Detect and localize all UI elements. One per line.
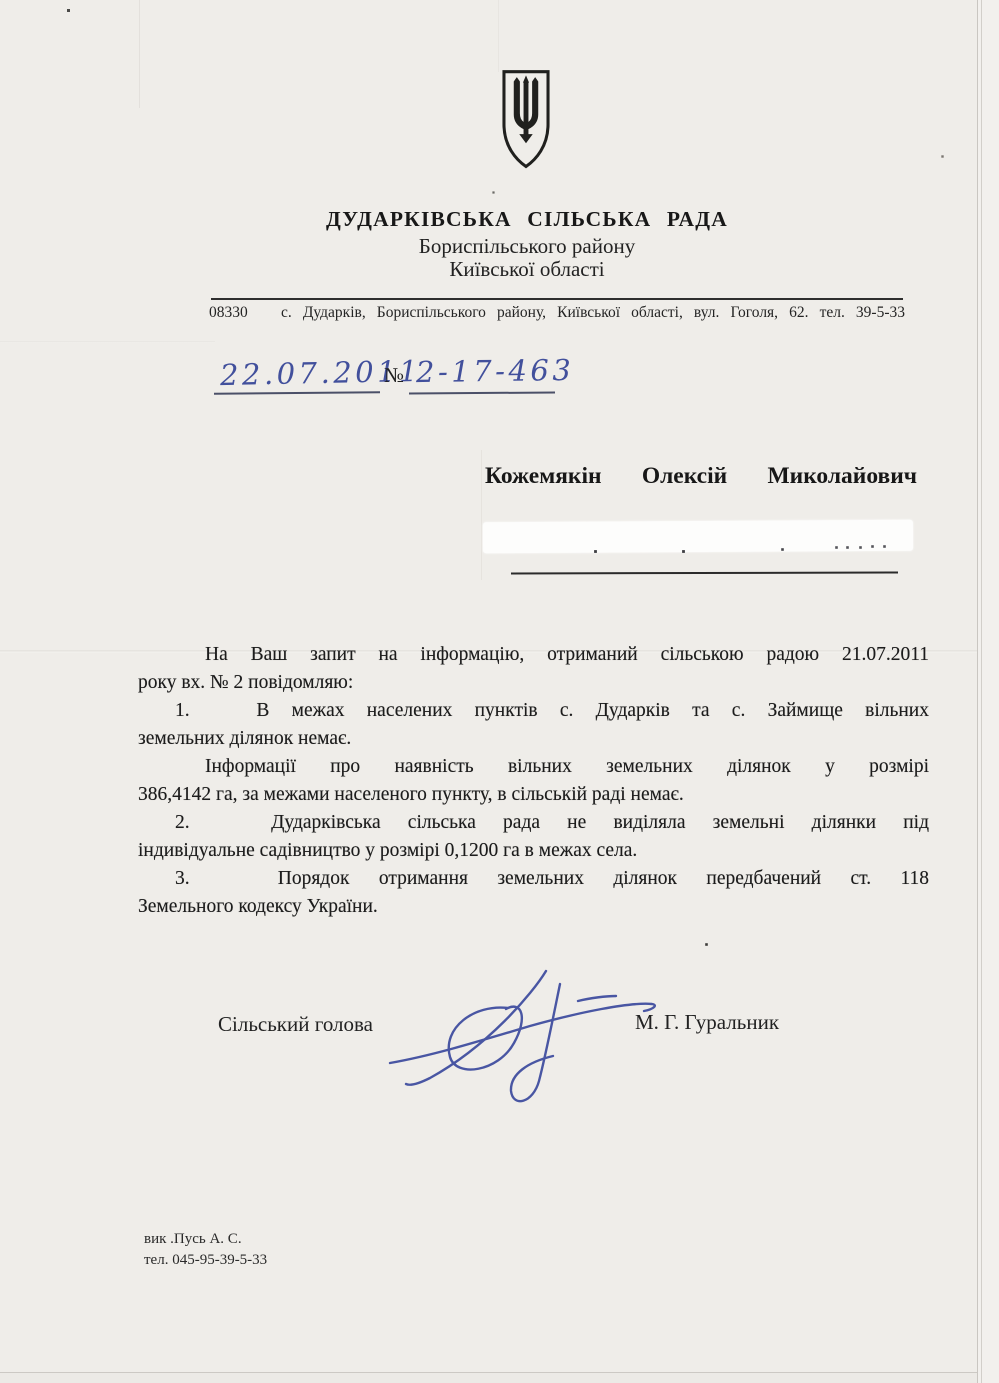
- paper-crease: [0, 341, 215, 343]
- signer-title: Сільський голова: [218, 1012, 373, 1037]
- body-line: 2. Дударківська сільська рада не виділял…: [138, 809, 929, 837]
- org-district: Бориспільського району: [160, 234, 894, 259]
- paper-crease: [498, 0, 500, 72]
- paper-crease: [139, 0, 140, 108]
- org-region: Київської області: [160, 257, 894, 282]
- ink-remnants: [0, 0, 1, 1]
- body-line: земельних ділянок немає.: [138, 725, 929, 753]
- letter-body: На Ваш запит на інформацію, отриманий сі…: [138, 641, 929, 921]
- body-line: року вх. № 2 повідомляю:: [138, 669, 929, 697]
- footer-block: вик .Пусь А. С. тел. 045-95-39-5-33: [144, 1229, 267, 1271]
- header-divider: [211, 298, 903, 300]
- org-name: ДУДАРКІВСЬКА СІЛЬСЬКА РАДА: [160, 207, 894, 232]
- body-line: Земельного кодексу України.: [138, 893, 929, 921]
- recipient-name: Кожемякін Олексій Миколайович: [485, 463, 917, 490]
- ukraine-trident-emblem-icon: [494, 68, 558, 172]
- executor-line: вик .Пусь А. С.: [144, 1229, 267, 1250]
- date-underline: [214, 391, 380, 394]
- redaction-whiteout-box: [483, 520, 913, 554]
- body-line: Інформації про наявність вільних земельн…: [138, 753, 929, 781]
- body-line: 3. Порядок отримання земельних ділянок п…: [138, 865, 929, 893]
- signature-scribble: [365, 948, 675, 1116]
- scanned-letter-paper: ДУДАРКІВСЬКА СІЛЬСЬКА РАДА Бориспільсько…: [0, 0, 977, 1372]
- ref-number-underline: [409, 391, 555, 394]
- recipient-underline: [511, 571, 898, 574]
- org-address-line: 08330 с. Дударків, Бориспільського район…: [209, 304, 905, 322]
- handwritten-ref-number: 2-17-463: [416, 353, 575, 389]
- body-line: індивідуальне садівництво у розмірі 0,12…: [138, 837, 929, 865]
- number-sign: №: [384, 363, 404, 388]
- paper-crease: [481, 450, 482, 580]
- body-line: 386,4142 га, за межами населеного пункту…: [138, 781, 929, 809]
- executor-phone: тел. 045-95-39-5-33: [144, 1250, 267, 1271]
- scan-edge-right: [977, 0, 999, 1383]
- scan-edge-bottom: [0, 1372, 977, 1383]
- signer-name: М. Г. Гуральник: [635, 1010, 779, 1035]
- body-line: 1. В межах населених пунктів с. Дударків…: [138, 697, 929, 725]
- body-line: На Ваш запит на інформацію, отриманий сі…: [138, 641, 929, 669]
